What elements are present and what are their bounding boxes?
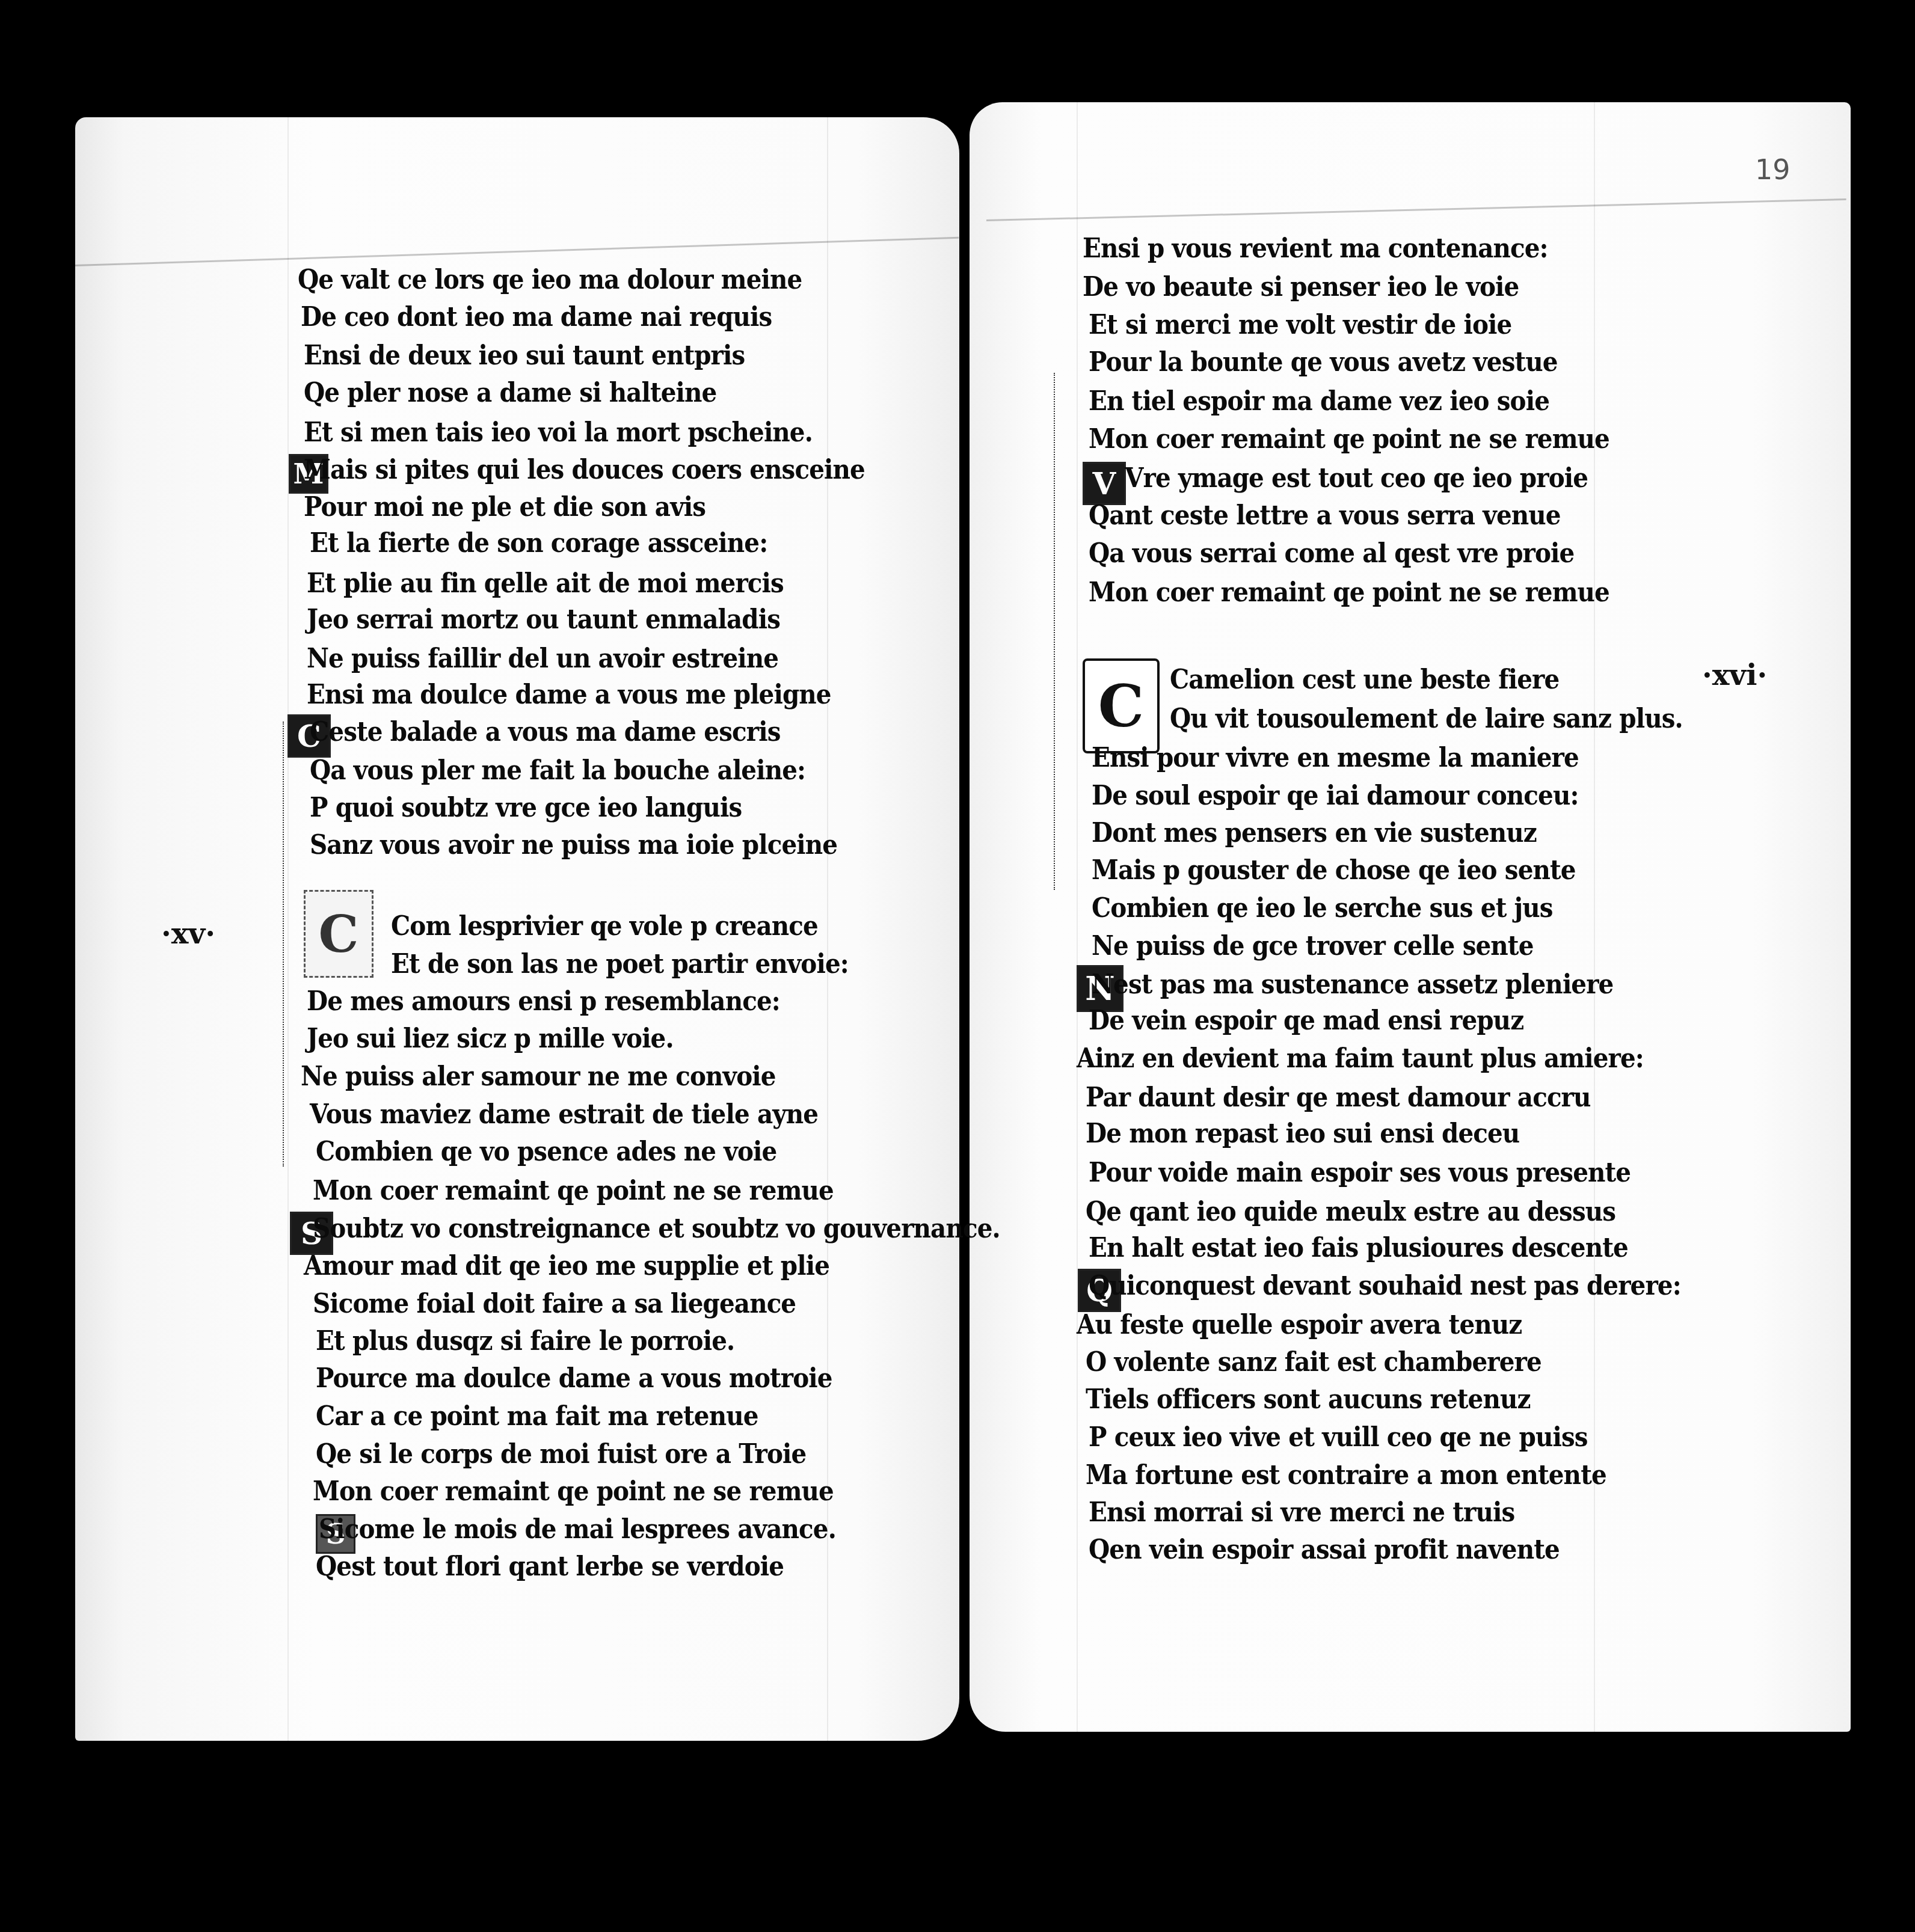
verse-line: Vre ymage est tout ceo qe ieo proie [1125,463,1588,494]
decorated-initial-large-C-right: C [1083,658,1160,753]
verse-line: Car a ce point ma fait ma retenue [316,1401,758,1432]
verse-line: Et plie au fin qelle ait de moi mercis [307,568,784,599]
verse-line: Ensi de deux ieo sui taunt entpris [304,340,745,371]
verse-line: Sicome le mois de mai lesprees avance. [319,1514,836,1545]
verse-line: Jeo sui liez sicz p mille voie. [307,1023,674,1054]
verse-line: Et si merci me volt vestir de ioie [1089,310,1511,340]
verse-line: Qest tout flori qant lerbe se verdoie [316,1551,784,1582]
verse-line: Ne puiss aler samour ne me convoie [301,1061,776,1092]
verse-line: Mon coer remaint qe point ne se remue [313,1476,834,1507]
verse-line: Combien qe vo psence ades ne voie [316,1136,776,1167]
verse-line: Mon coer remaint qe point ne se remue [1089,577,1609,608]
verse-line: Qa vous pler me fait la bouche aleine: [310,755,805,786]
verse-line: De soul espoir qe iai damour conceu: [1092,780,1578,811]
verse-line: De vein espoir qe mad ensi repuz [1089,1005,1523,1036]
pen-flourish-border-right [1054,373,1066,890]
verse-line: Ensi ma doulce dame a vous me pleigne [307,679,831,710]
verse-line: Qe si le corps de moi fuist ore a Troie [316,1439,806,1470]
verse-line: Qe pler nose a dame si halteine [304,378,716,408]
verse-line: Com lesprivier qe vole p creance [391,911,818,942]
verse-line: Ne puiss faillir del un avoir estreine [307,643,778,674]
verse-line: Pource ma doulce dame a vous motroie [316,1363,832,1394]
verse-line: Dont mes pensers en vie sustenuz [1092,818,1537,848]
verse-line: Pour moi ne ple et die son avis [304,492,705,523]
verse-line: Qe qant ieo quide meulx estre au dessus [1086,1197,1615,1227]
decorated-initial-large-C: C [304,890,373,978]
book-gutter [959,108,970,1744]
verse-line: Mon coer remaint qe point ne se remue [313,1176,834,1206]
verse-line: Ne puiss de gce trover celle sente [1092,931,1533,961]
verse-line: Sanz vous avoir ne puiss ma ioie plceine [310,830,837,860]
verse-line: Camelion cest une beste fiere [1170,664,1559,695]
verse-line: Mais si pites qui les douces coers ensce… [304,455,865,485]
verse-line: Vous maviez dame estrait de tiele ayne [310,1099,818,1130]
decorated-initial-V: V [1083,462,1126,505]
verse-line: Mon coer remaint qe point ne se remue [1089,424,1609,455]
verse-line: Amour mad dit qe ieo me supplie et plie [304,1251,829,1281]
section-marker-xvi: ·xvi· [1702,658,1767,692]
verse-line: En tiel espoir ma dame vez ieo soie [1089,386,1549,417]
verse-line: O volente sanz fait est chamberere [1086,1347,1542,1378]
verse-line: Tiels officers sont aucuns retenuz [1086,1384,1531,1415]
verse-line: Par daunt desir qe mest damour accru [1086,1082,1591,1113]
verse-line: Ensi morrai si vre merci ne truis [1089,1497,1514,1528]
verse-line: Ma fortune est contraire a mon entente [1086,1460,1606,1491]
verse-line: Qant ceste lettre a vous serra venue [1089,500,1561,531]
verse-line: Sicome foial doit faire a sa liegeance [313,1289,796,1319]
verse-line: Qu vit tousoulement de laire sanz plus. [1170,704,1683,734]
verse-line: Mais p gouster de chose qe ieo sente [1092,855,1576,886]
verse-line: Ainz en devient ma faim taunt plus amier… [1077,1043,1644,1074]
section-marker-xv: ·xv· [161,917,215,951]
verse-line: De mes amours ensi p resemblance: [307,986,780,1017]
verse-line: Jeo serrai mortz ou taunt enmaladis [307,604,780,635]
verse-line: De vo beaute si penser ieo le voie [1083,272,1519,302]
verse-line: P ceux ieo vive et vuill ceo qe ne puiss [1089,1422,1588,1453]
verse-line: Qe valt ce lors qe ieo ma dolour meine [298,265,802,295]
verse-line: Et la fierte de son corage assceine: [310,528,767,559]
verse-line: Et plus dusqz si faire le porroie. [316,1326,734,1357]
verse-line: Et de son las ne poet partir envoie: [391,949,849,980]
verse-line: Et si men tais ieo voi la mort pscheine. [304,417,813,448]
verse-line: Nest pas ma sustenance assetz pleniere [1092,969,1613,1000]
verse-line: En halt estat ieo fais plusioures descen… [1089,1233,1628,1263]
verse-line: Ensi pour vivre en mesme la maniere [1092,743,1579,773]
verse-line: Qen vein espoir assai profit navente [1089,1535,1560,1565]
verse-line: Qa vous serrai come al qest vre proie [1089,538,1574,569]
ruling-line-right [1077,102,1078,1732]
verse-line: De ceo dont ieo ma dame nai requis [301,302,772,333]
verse-line: Pour voide main espoir ses vous presente [1089,1158,1631,1188]
pen-flourish-border-left [283,722,295,1167]
verse-line: Soubtz vo constreignance et soubtz vo go… [313,1213,1000,1244]
verse-line: Ceste balade a vous ma dame escris [310,717,781,747]
verse-line: Pour la bounte qe vous avetz vestue [1089,347,1558,378]
verse-line: P quoi soubtz vre gce ieo languis [310,793,742,823]
folio-number: 19 [1755,153,1791,186]
verse-line: Quiconquest devant souhaid nest pas dere… [1089,1271,1681,1301]
verse-line: Combien qe ieo le serche sus et jus [1092,893,1553,924]
verse-line: Ensi p vous revient ma contenance: [1083,233,1548,264]
verse-line: Au feste quelle espoir avera tenuz [1077,1310,1522,1340]
verse-line: De mon repast ieo sui ensi deceu [1086,1118,1519,1149]
